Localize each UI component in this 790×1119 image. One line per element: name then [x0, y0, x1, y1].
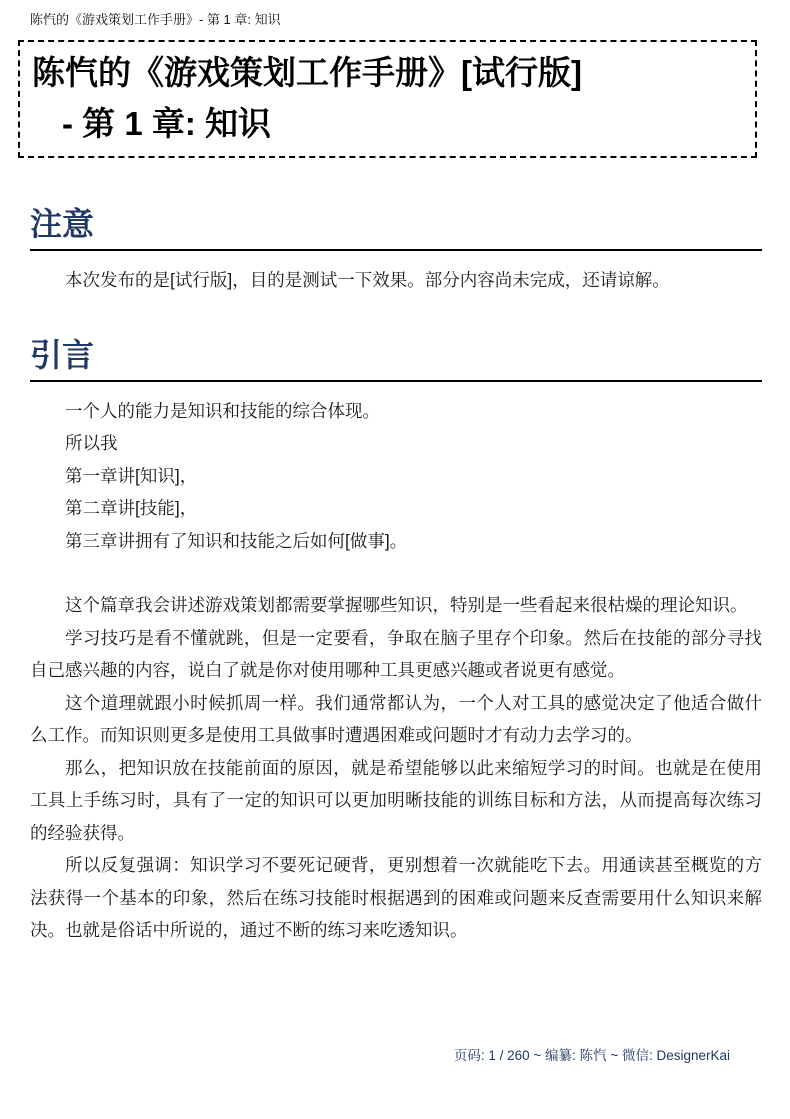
- section-intro: 引言 一个人的能力是知识和技能的综合体现。 所以我 第一章讲[知识]， 第二章讲…: [30, 335, 762, 947]
- paragraph: 一个人的能力是知识和技能的综合体现。: [30, 395, 762, 428]
- paragraph: 这个道理就跟小时候抓周一样。我们通常都认为，一个人对工具的感觉决定了他适合做什么…: [30, 687, 762, 752]
- running-header: 陈忾的《游戏策划工作手册》- 第 1 章: 知识: [30, 9, 281, 28]
- document-content: 注意 本次发布的是[试行版]，目的是测试一下效果。部分内容尚未完成，还请谅解。 …: [30, 158, 762, 947]
- page-footer-text: 页码: 1 / 260 ~ 编纂: 陈忾 ~ 微信: DesignerKai: [454, 1044, 730, 1064]
- chapter-title-box: 陈忾的《游戏策划工作手册》[试行版] - 第 1 章: 知识: [18, 40, 757, 158]
- section-notice: 注意 本次发布的是[试行版]，目的是测试一下效果。部分内容尚未完成，还请谅解。: [30, 204, 762, 297]
- paragraph: 第一章讲[知识]，: [30, 460, 762, 493]
- paragraph: 本次发布的是[试行版]，目的是测试一下效果。部分内容尚未完成，还请谅解。: [30, 264, 762, 297]
- chapter-title-line1: 陈忾的《游戏策划工作手册》[试行版]: [32, 47, 743, 98]
- paragraph: 那么，把知识放在技能前面的原因，就是希望能够以此来缩短学习的时间。也就是在使用工…: [30, 752, 762, 850]
- paragraph: 学习技巧是看不懂就跳，但是一定要看，争取在脑子里存个印象。然后在技能的部分寻找自…: [30, 622, 762, 687]
- paragraph: 所以反复强调：知识学习不要死记硬背，更别想着一次就能吃下去。用通读甚至概览的方法…: [30, 849, 762, 947]
- section-heading-notice: 注意: [30, 204, 762, 251]
- paragraph: 所以我: [30, 427, 762, 460]
- paragraph: 第三章讲拥有了知识和技能之后如何[做事]。: [30, 525, 762, 558]
- paragraph: 这个篇章我会讲述游戏策划都需要掌握哪些知识，特别是一些看起来很枯燥的理论知识。: [30, 589, 762, 622]
- paragraph: 第二章讲[技能]，: [30, 492, 762, 525]
- section-heading-intro: 引言: [30, 335, 762, 382]
- chapter-title-line2: - 第 1 章: 知识: [32, 98, 743, 149]
